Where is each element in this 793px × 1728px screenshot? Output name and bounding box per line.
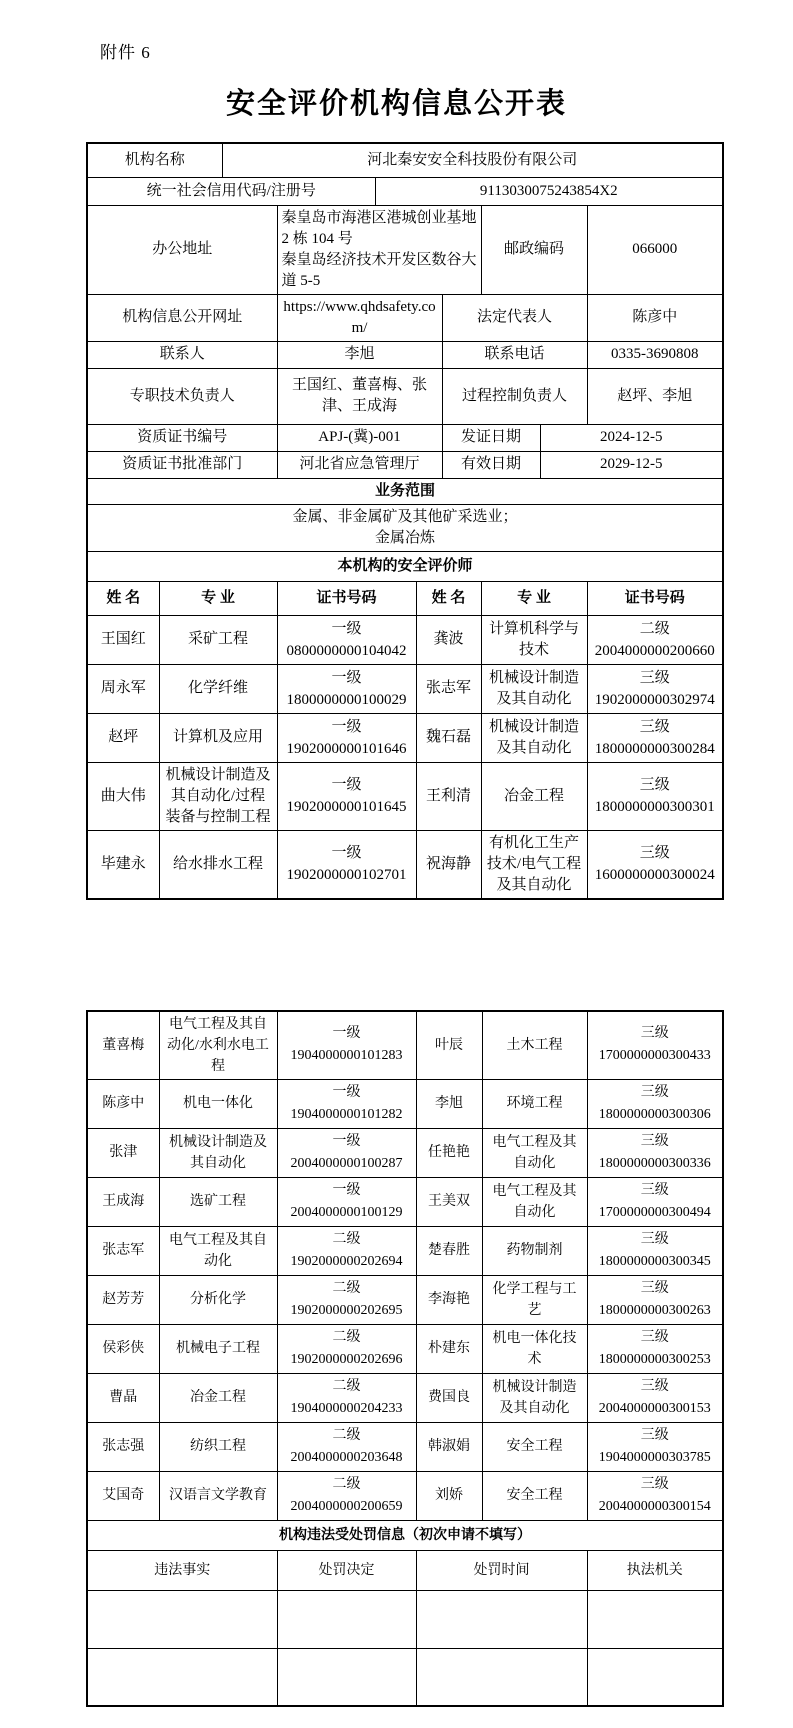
cert-number: 1800000000300336 <box>592 1153 719 1175</box>
evaluator-major: 有机化工生产技术/电气工程及其自动化 <box>481 830 587 899</box>
evaluator-cert: 一级1904000000101283 <box>277 1011 416 1080</box>
evaluator-row: 张津机械设计制造及其自动化一级2004000000100287任艳艳电气工程及其… <box>87 1128 723 1177</box>
cert-dept-label: 资质证书批准部门 <box>87 451 277 478</box>
evaluator-cert: 三级1700000000300494 <box>587 1177 723 1226</box>
cert-level: 三级 <box>592 1131 719 1153</box>
cert-level: 一级 <box>282 716 412 738</box>
evaluator-major: 冶金工程 <box>481 762 587 830</box>
phone-value: 0335-3690808 <box>587 341 723 368</box>
row-cert-no: 资质证书编号 APJ-(冀)-001 发证日期 2024-12-5 <box>87 424 723 451</box>
evaluator-cert: 二级1902000000202695 <box>277 1275 416 1324</box>
cert-number: 1902000000102701 <box>282 864 412 886</box>
legal-rep-value: 陈彦中 <box>587 294 723 341</box>
cert-level: 二级 <box>282 1327 412 1349</box>
cert-level: 三级 <box>592 774 719 796</box>
evaluator-name: 王利清 <box>416 762 481 830</box>
contact-label: 联系人 <box>87 341 277 368</box>
valid-date-label: 有效日期 <box>442 451 540 478</box>
business-scope-line-2: 金属冶炼 <box>92 528 718 549</box>
evaluator-row: 侯彩侠机械电子工程二级1902000000202696朴建东机电一体化技术三级1… <box>87 1324 723 1373</box>
evaluator-row: 赵芳芳分析化学二级1902000000202695李海艳化学工程与工艺三级180… <box>87 1275 723 1324</box>
evaluator-name: 张津 <box>87 1128 159 1177</box>
legal-rep-label: 法定代表人 <box>442 294 587 341</box>
process-lead-value: 赵坪、李旭 <box>587 368 723 424</box>
document-page: 附件 6 安全评价机构信息公开表 机构名称 河北秦安安全科技股份有限公司 统一社… <box>0 0 793 1728</box>
evaluator-name: 祝海静 <box>416 830 481 899</box>
page-title: 安全评价机构信息公开表 <box>0 81 793 122</box>
col-header-name: 姓 名 <box>416 581 481 615</box>
issue-date-value: 2024-12-5 <box>540 424 723 451</box>
cert-number: 2004000000300154 <box>592 1496 719 1518</box>
empty-cell <box>87 1590 277 1648</box>
org-info-table: 机构名称 河北秦安安全科技股份有限公司 统一社会信用代码/注册号 9113030… <box>86 142 724 900</box>
cert-dept-value: 河北省应急管理厅 <box>277 451 442 478</box>
evaluator-cert: 二级1902000000202694 <box>277 1226 416 1275</box>
evaluator-name: 赵坪 <box>87 713 159 762</box>
cert-number: 1902000000101645 <box>282 796 412 818</box>
evaluator-name: 王国红 <box>87 615 159 664</box>
evaluator-cert: 一级1902000000101646 <box>277 713 416 762</box>
evaluator-cert: 三级1902000000302974 <box>587 664 723 713</box>
col-header-major: 专 业 <box>481 581 587 615</box>
evaluator-cert: 二级1902000000202696 <box>277 1324 416 1373</box>
evaluator-major: 机械电子工程 <box>159 1324 277 1373</box>
cert-level: 三级 <box>592 716 719 738</box>
evaluator-name: 曲大伟 <box>87 762 159 830</box>
evaluator-row: 赵坪计算机及应用一级1902000000101646魏石磊机械设计制造及其自动化… <box>87 713 723 762</box>
cert-number: 2004000000100129 <box>282 1202 412 1224</box>
evaluator-row: 曹晶冶金工程二级1904000000204233费国良机械设计制造及其自动化三级… <box>87 1373 723 1422</box>
contact-value: 李旭 <box>277 341 442 368</box>
evaluator-name: 张志军 <box>416 664 481 713</box>
empty-cell <box>277 1590 416 1648</box>
evaluator-cert: 二级2004000000200659 <box>277 1471 416 1520</box>
cert-number: 1700000000300433 <box>592 1045 719 1067</box>
postal-value: 066000 <box>587 205 723 294</box>
evaluator-major: 土木工程 <box>482 1011 587 1080</box>
org-name-value: 河北秦安安全科技股份有限公司 <box>222 143 723 177</box>
evaluator-cert: 一级1904000000101282 <box>277 1079 416 1128</box>
evaluator-major: 机械设计制造及其自动化 <box>481 713 587 762</box>
address-label: 办公地址 <box>87 205 277 294</box>
evaluator-cert: 三级1800000000300345 <box>587 1226 723 1275</box>
evaluator-major: 采矿工程 <box>159 615 277 664</box>
col-header-fact: 违法事实 <box>87 1550 277 1590</box>
cert-level: 三级 <box>592 1082 719 1104</box>
cert-number: 1902000000202695 <box>282 1300 412 1322</box>
cert-level: 二级 <box>282 1376 412 1398</box>
evaluator-row: 张志强纺织工程二级2004000000203648韩淑娟安全工程三级190400… <box>87 1422 723 1471</box>
empty-cell <box>587 1590 723 1648</box>
cert-number: 1800000000100029 <box>282 689 412 711</box>
evaluator-name: 朴建东 <box>416 1324 482 1373</box>
cert-level: 一级 <box>282 842 412 864</box>
address-line-2: 秦皇岛经济技术开发区数谷大道 5-5 <box>282 250 477 292</box>
evaluator-row: 毕建永给水排水工程一级1902000000102701祝海静有机化工生产技术/电… <box>87 830 723 899</box>
evaluator-name: 赵芳芳 <box>87 1275 159 1324</box>
evaluator-name: 王成海 <box>87 1177 159 1226</box>
evaluator-row: 王成海选矿工程一级2004000000100129王美双电气工程及其自动化三级1… <box>87 1177 723 1226</box>
evaluator-cert: 二级2004000000203648 <box>277 1422 416 1471</box>
evaluator-row: 曲大伟机械设计制造及其自动化/过程装备与控制工程一级19020000001016… <box>87 762 723 830</box>
evaluator-table-2: 董喜梅电气工程及其自动化/水利水电工程一级1904000000101283叶辰土… <box>86 1010 724 1708</box>
cert-number: 1800000000300284 <box>592 738 719 760</box>
evaluator-major: 汉语言文学教育 <box>159 1471 277 1520</box>
evaluator-name: 龚波 <box>416 615 481 664</box>
evaluator-section-header: 本机构的安全评价师 <box>87 551 723 581</box>
evaluator-cert: 一级2004000000100287 <box>277 1128 416 1177</box>
cert-level: 二级 <box>282 1425 412 1447</box>
evaluator-major: 电气工程及其自动化 <box>482 1128 587 1177</box>
cert-level: 三级 <box>592 842 719 864</box>
col-header-decision: 处罚决定 <box>277 1550 416 1590</box>
cert-level: 二级 <box>282 1474 412 1496</box>
evaluator-major: 安全工程 <box>482 1471 587 1520</box>
evaluator-name: 侯彩侠 <box>87 1324 159 1373</box>
address-line-1: 秦皇岛市海港区港城创业基地 2 栋 104 号 <box>282 208 477 250</box>
cert-level: 三级 <box>592 1229 719 1251</box>
cert-number: 1902000000202694 <box>282 1251 412 1273</box>
process-lead-label: 过程控制负责人 <box>442 368 587 424</box>
evaluator-name: 魏石磊 <box>416 713 481 762</box>
cert-number: 2004000000300153 <box>592 1398 719 1420</box>
evaluator-name: 任艳艳 <box>416 1128 482 1177</box>
empty-cell <box>587 1648 723 1706</box>
evaluator-row: 董喜梅电气工程及其自动化/水利水电工程一级1904000000101283叶辰土… <box>87 1011 723 1080</box>
evaluator-major: 安全工程 <box>482 1422 587 1471</box>
cert-number: 1902000000202696 <box>282 1349 412 1371</box>
tech-lead-label: 专职技术负责人 <box>87 368 277 424</box>
cert-level: 三级 <box>592 667 719 689</box>
cert-number: 1902000000101646 <box>282 738 412 760</box>
website-label: 机构信息公开网址 <box>87 294 277 341</box>
row-credit-code: 统一社会信用代码/注册号 9113030075243854X2 <box>87 177 723 205</box>
cert-level: 三级 <box>592 1278 719 1300</box>
business-scope-content: 金属、非金属矿及其他矿采选业； 金属冶炼 <box>87 504 723 551</box>
evaluator-row: 陈彦中机电一体化一级1904000000101282李旭环境工程三级180000… <box>87 1079 723 1128</box>
row-cert-dept: 资质证书批准部门 河北省应急管理厅 有效日期 2029-12-5 <box>87 451 723 478</box>
cert-no-value: APJ-(冀)-001 <box>277 424 442 451</box>
cert-number: 1800000000300345 <box>592 1251 719 1273</box>
cert-level: 三级 <box>592 1023 719 1045</box>
org-name-label: 机构名称 <box>87 143 222 177</box>
evaluator-major: 冶金工程 <box>159 1373 277 1422</box>
evaluator-name: 毕建永 <box>87 830 159 899</box>
cert-level: 一级 <box>282 618 412 640</box>
evaluator-name: 曹晶 <box>87 1373 159 1422</box>
punishment-header: 机构违法受处罚信息（初次申请不填写） <box>87 1520 723 1550</box>
issue-date-label: 发证日期 <box>442 424 540 451</box>
cert-level: 二级 <box>592 618 719 640</box>
evaluator-cert: 三级2004000000300154 <box>587 1471 723 1520</box>
evaluator-cert: 三级1800000000300336 <box>587 1128 723 1177</box>
cert-number: 1600000000300024 <box>592 864 719 886</box>
row-tech-lead: 专职技术负责人 王国红、董喜梅、张津、王成海 过程控制负责人 赵坪、李旭 <box>87 368 723 424</box>
row-scope-header: 业务范围 <box>87 478 723 504</box>
empty-cell <box>277 1648 416 1706</box>
evaluator-name: 董喜梅 <box>87 1011 159 1080</box>
evaluator-cert: 三级1800000000300306 <box>587 1079 723 1128</box>
credit-code-label: 统一社会信用代码/注册号 <box>87 177 375 205</box>
evaluator-cert: 一级1902000000101645 <box>277 762 416 830</box>
evaluator-rows-block-2: 董喜梅电气工程及其自动化/水利水电工程一级1904000000101283叶辰土… <box>87 1011 723 1521</box>
cert-level: 三级 <box>592 1180 719 1202</box>
attachment-label: 附件 6 <box>100 38 793 63</box>
empty-cell <box>416 1648 587 1706</box>
cert-number: 1800000000300253 <box>592 1349 719 1371</box>
evaluator-cert: 二级1904000000204233 <box>277 1373 416 1422</box>
evaluator-major: 化学工程与工艺 <box>482 1275 587 1324</box>
cert-number: 1800000000300301 <box>592 796 719 818</box>
tech-lead-value: 王国红、董喜梅、张津、王成海 <box>277 368 442 424</box>
evaluator-cert: 二级2004000000200660 <box>587 615 723 664</box>
evaluator-cert: 三级1800000000300284 <box>587 713 723 762</box>
cert-level: 三级 <box>592 1376 719 1398</box>
cert-no-label: 资质证书编号 <box>87 424 277 451</box>
evaluator-major: 机械设计制造及其自动化 <box>481 664 587 713</box>
col-header-name: 姓 名 <box>87 581 159 615</box>
evaluator-name: 张志军 <box>87 1226 159 1275</box>
cert-number: 0800000000104042 <box>282 640 412 662</box>
evaluator-row: 周永军化学纤维一级1800000000100029张志军机械设计制造及其自动化三… <box>87 664 723 713</box>
evaluator-major: 机械设计制造及其自动化 <box>482 1373 587 1422</box>
cert-level: 二级 <box>282 1278 412 1300</box>
evaluator-major: 电气工程及其自动化 <box>482 1177 587 1226</box>
evaluator-column-header-row: 姓 名 专 业 证书号码 姓 名 专 业 证书号码 <box>87 581 723 615</box>
evaluator-cert: 三级1904000000303785 <box>587 1422 723 1471</box>
evaluator-major: 给水排水工程 <box>159 830 277 899</box>
evaluator-name: 楚春胜 <box>416 1226 482 1275</box>
cert-level: 三级 <box>592 1425 719 1447</box>
evaluator-cert: 三级2004000000300153 <box>587 1373 723 1422</box>
row-website: 机构信息公开网址 https://www.qhdsafety.com/ 法定代表… <box>87 294 723 341</box>
business-scope-header: 业务范围 <box>87 478 723 504</box>
evaluator-major: 药物制剂 <box>482 1226 587 1275</box>
evaluator-cert: 三级1700000000300433 <box>587 1011 723 1080</box>
empty-cell <box>87 1648 277 1706</box>
evaluator-major: 机电一体化技术 <box>482 1324 587 1373</box>
cert-level: 一级 <box>282 1023 412 1045</box>
cert-level: 一级 <box>282 1180 412 1202</box>
cert-number: 1700000000300494 <box>592 1202 719 1224</box>
address-value: 秦皇岛市海港区港城创业基地 2 栋 104 号 秦皇岛经济技术开发区数谷大道 5… <box>277 205 481 294</box>
col-header-cert: 证书号码 <box>587 581 723 615</box>
evaluator-major: 选矿工程 <box>159 1177 277 1226</box>
empty-cell <box>416 1590 587 1648</box>
cert-number: 1904000000204233 <box>282 1398 412 1420</box>
postal-label: 邮政编码 <box>481 205 587 294</box>
col-header-major: 专 业 <box>159 581 277 615</box>
evaluator-major: 化学纤维 <box>159 664 277 713</box>
evaluator-name: 艾国奇 <box>87 1471 159 1520</box>
evaluator-name: 刘娇 <box>416 1471 482 1520</box>
evaluator-name: 李海艳 <box>416 1275 482 1324</box>
cert-level: 一级 <box>282 1082 412 1104</box>
valid-date-value: 2029-12-5 <box>540 451 723 478</box>
evaluator-name: 周永军 <box>87 664 159 713</box>
phone-label: 联系电话 <box>442 341 587 368</box>
evaluator-name: 叶辰 <box>416 1011 482 1080</box>
evaluator-cert: 一级0800000000104042 <box>277 615 416 664</box>
punishment-column-header-row: 违法事实 处罚决定 处罚时间 执法机关 <box>87 1550 723 1590</box>
cert-level: 一级 <box>282 1131 412 1153</box>
col-header-time: 处罚时间 <box>416 1550 587 1590</box>
cert-number: 1904000000101282 <box>282 1104 412 1126</box>
evaluator-cert: 三级1600000000300024 <box>587 830 723 899</box>
website-value: https://www.qhdsafety.com/ <box>277 294 442 341</box>
evaluator-cert: 一级1800000000100029 <box>277 664 416 713</box>
evaluator-cert: 一级2004000000100129 <box>277 1177 416 1226</box>
evaluator-major: 机械设计制造及其自动化 <box>159 1128 277 1177</box>
evaluator-row: 王国红采矿工程一级0800000000104042龚波计算机科学与技术二级200… <box>87 615 723 664</box>
row-scope-content: 金属、非金属矿及其他矿采选业； 金属冶炼 <box>87 504 723 551</box>
evaluator-rows-block-1: 王国红采矿工程一级0800000000104042龚波计算机科学与技术二级200… <box>87 615 723 899</box>
evaluator-major: 分析化学 <box>159 1275 277 1324</box>
evaluator-cert: 一级1902000000102701 <box>277 830 416 899</box>
punishment-empty-row <box>87 1590 723 1648</box>
cert-number: 1904000000101283 <box>282 1045 412 1067</box>
col-header-cert: 证书号码 <box>277 581 416 615</box>
cert-level: 三级 <box>592 1474 719 1496</box>
cert-number: 1904000000303785 <box>592 1447 719 1469</box>
evaluator-cert: 三级1800000000300263 <box>587 1275 723 1324</box>
evaluator-cert: 三级1800000000300253 <box>587 1324 723 1373</box>
evaluator-name: 李旭 <box>416 1079 482 1128</box>
cert-level: 一级 <box>282 667 412 689</box>
evaluator-major: 机械设计制造及其自动化/过程装备与控制工程 <box>159 762 277 830</box>
row-evaluator-section-header: 本机构的安全评价师 <box>87 551 723 581</box>
evaluator-major: 机电一体化 <box>159 1079 277 1128</box>
evaluator-major: 计算机及应用 <box>159 713 277 762</box>
evaluator-name: 王美双 <box>416 1177 482 1226</box>
cert-level: 三级 <box>592 1327 719 1349</box>
row-contact: 联系人 李旭 联系电话 0335-3690808 <box>87 341 723 368</box>
evaluator-major: 电气工程及其自动化/水利水电工程 <box>159 1011 277 1080</box>
business-scope-line-1: 金属、非金属矿及其他矿采选业； <box>92 507 718 528</box>
cert-number: 1800000000300263 <box>592 1300 719 1322</box>
cert-number: 2004000000200659 <box>282 1496 412 1518</box>
evaluator-row: 张志军电气工程及其自动化二级1902000000202694楚春胜药物制剂三级1… <box>87 1226 723 1275</box>
cert-number: 1800000000300306 <box>592 1104 719 1126</box>
evaluator-name: 韩淑娟 <box>416 1422 482 1471</box>
evaluator-major: 纺织工程 <box>159 1422 277 1471</box>
cert-number: 2004000000203648 <box>282 1447 412 1469</box>
evaluator-major: 电气工程及其自动化 <box>159 1226 277 1275</box>
cert-number: 2004000000200660 <box>592 640 719 662</box>
cert-level: 一级 <box>282 774 412 796</box>
cert-number: 1902000000302974 <box>592 689 719 711</box>
evaluator-name: 陈彦中 <box>87 1079 159 1128</box>
row-address: 办公地址 秦皇岛市海港区港城创业基地 2 栋 104 号 秦皇岛经济技术开发区数… <box>87 205 723 294</box>
row-org-name: 机构名称 河北秦安安全科技股份有限公司 <box>87 143 723 177</box>
evaluator-name: 张志强 <box>87 1422 159 1471</box>
col-header-agency: 执法机关 <box>587 1550 723 1590</box>
cert-level: 二级 <box>282 1229 412 1251</box>
evaluator-cert: 三级1800000000300301 <box>587 762 723 830</box>
cert-number: 2004000000100287 <box>282 1153 412 1175</box>
evaluator-name: 费国良 <box>416 1373 482 1422</box>
evaluator-row: 艾国奇汉语言文学教育二级2004000000200659刘娇安全工程三级2004… <box>87 1471 723 1520</box>
evaluator-major: 计算机科学与技术 <box>481 615 587 664</box>
evaluator-major: 环境工程 <box>482 1079 587 1128</box>
row-punishment-header: 机构违法受处罚信息（初次申请不填写） <box>87 1520 723 1550</box>
punishment-empty-row <box>87 1648 723 1706</box>
credit-code-value: 9113030075243854X2 <box>375 177 723 205</box>
